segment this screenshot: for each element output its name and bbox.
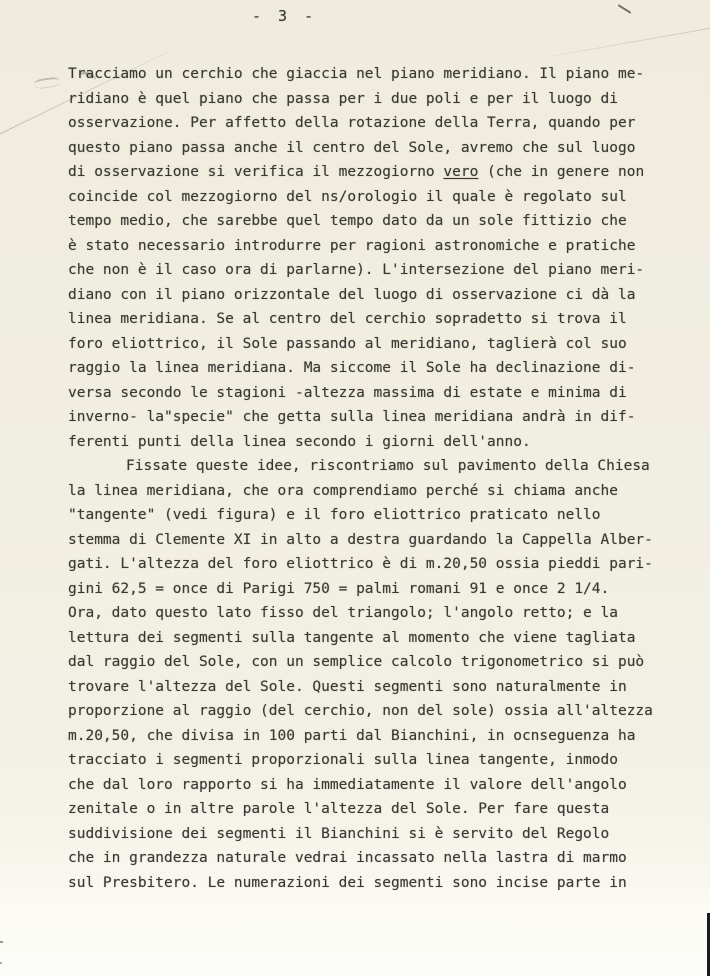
text-line: osservazione. Per affetto della rotazion… xyxy=(68,111,668,136)
text-line: ridiano è quel piano che passa per i due… xyxy=(68,87,668,112)
text-line: diano con il piano orizzontale del luogo… xyxy=(68,283,668,308)
text-line: trovare l'altezza del Sole. Questi segme… xyxy=(68,675,668,700)
text-line: suddivisione dei segmenti il Bianchini s… xyxy=(68,822,668,847)
text-segment: di osservazione si verifica il mezzogior… xyxy=(68,164,443,180)
text-line: di osservazione si verifica il mezzogior… xyxy=(68,160,668,185)
text-line: coincide col mezzogiorno del ns/orologio… xyxy=(68,185,668,210)
text-line: ferenti punti della linea secondo i gior… xyxy=(68,430,668,455)
text-line: tracciato i segmenti proporzionali sulla… xyxy=(68,748,668,773)
text-line: proporzione al raggio (del cerchio, non … xyxy=(68,699,668,724)
page-number: - 3 - xyxy=(252,7,317,25)
text-line: sul Presbitero. Le numerazioni dei segme… xyxy=(68,871,668,896)
typewritten-text-block: Tracciamo un cerchio che giaccia nel pia… xyxy=(68,62,668,895)
text-line: tempo medio, che sarebbe quel tempo dato… xyxy=(68,209,668,234)
text-line: Ora, dato questo lato fisso del triangol… xyxy=(68,601,668,626)
text-line: è stato necessario introdurre per ragion… xyxy=(68,234,668,259)
text-line: zenitale o in altre parole l'altezza del… xyxy=(68,797,668,822)
text-line: che non è il caso ora di parlarne). L'in… xyxy=(68,258,668,283)
text-line: raggio la linea meridiana. Ma siccome il… xyxy=(68,356,668,381)
text-line: che dal loro rapporto si ha immediatamen… xyxy=(68,773,668,798)
text-line: lettura dei segmenti sulla tangente al m… xyxy=(68,626,668,651)
text-line: m.20,50, che divisa in 100 parti dal Bia… xyxy=(68,724,668,749)
text-line: dal raggio del Sole, con un semplice cal… xyxy=(68,650,668,675)
text-line: che in grandezza naturale vedrai incassa… xyxy=(68,846,668,871)
document-page: - 3 - Tracciamo un cerchio che giaccia n… xyxy=(0,0,710,976)
paper-crease-top-right xyxy=(552,26,710,57)
text-line: stemma di Clemente XI in alto a destra g… xyxy=(68,528,668,553)
text-line: foro eliottrico, il Sole passando al mer… xyxy=(68,332,668,357)
text-line: gati. L'altezza del foro eliottrico è di… xyxy=(68,552,668,577)
underlined-word: vero xyxy=(443,164,478,180)
scan-speck xyxy=(0,962,2,964)
text-segment: (che in genere non xyxy=(478,164,644,180)
text-line: linea meridiana. Se al centro del cerchi… xyxy=(68,307,668,332)
scan-speck xyxy=(0,941,3,943)
text-line: Tracciamo un cerchio che giaccia nel pia… xyxy=(68,62,668,87)
text-line: inverno- la"specie" che getta sulla line… xyxy=(68,405,668,430)
text-line: la linea meridiana, che ora comprendiamo… xyxy=(68,479,668,504)
pen-mark xyxy=(618,4,632,14)
text-line: Fissate queste idee, riscontriamo sul pa… xyxy=(68,454,668,479)
text-line: questo piano passa anche il centro del S… xyxy=(68,136,668,161)
text-line: versa secondo le stagioni -altezza massi… xyxy=(68,381,668,406)
text-line: "tangente" (vedi figura) e il foro eliot… xyxy=(68,503,668,528)
text-line: gini 62,5 = once di Parigi 750 = palmi r… xyxy=(68,577,668,602)
